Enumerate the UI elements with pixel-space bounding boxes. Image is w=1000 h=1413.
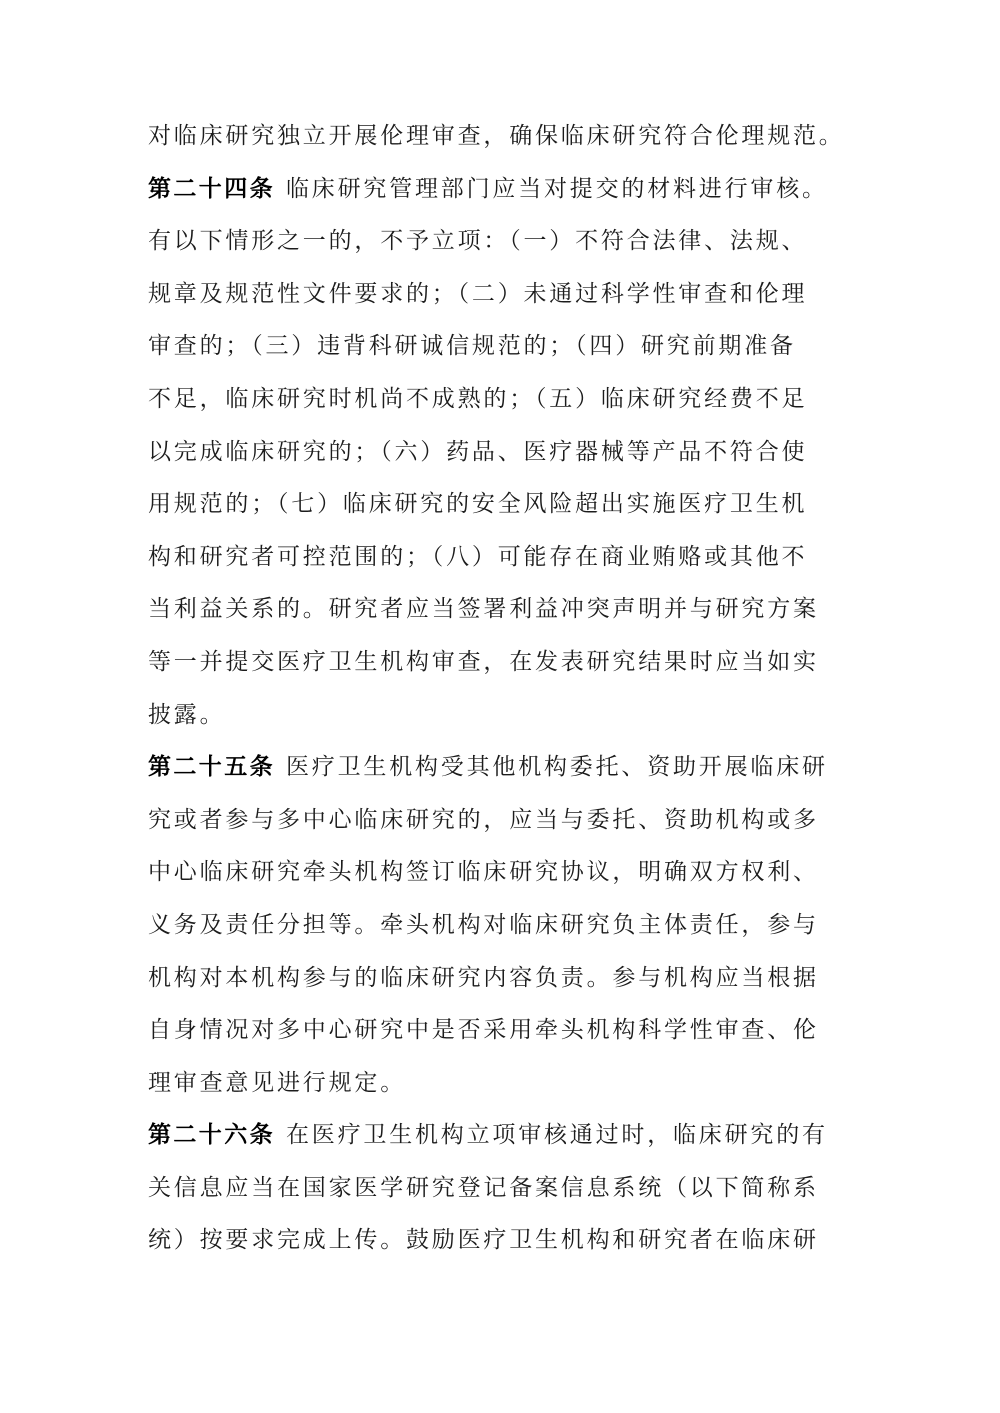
- text-line: 关信息应当在国家医学研究登记备案信息系统（以下简称系: [148, 1162, 888, 1215]
- text-line-body: 审查的；（三）违背科研诚信规范的；（四）研究前期准备: [148, 333, 796, 358]
- text-line-body: 义务及责任分担等。牵头机构对临床研究负主体责任，参与: [148, 912, 819, 937]
- text-line: 等一并提交医疗卫生机构审查，在发表研究结果时应当如实: [148, 636, 888, 689]
- text-line-body: 统）按要求完成上传。鼓励医疗卫生机构和研究者在临床研: [148, 1227, 819, 1252]
- document-page: 对临床研究独立开展伦理审查，确保临床研究符合伦理规范。 第二十四条临床研究管理部…: [0, 0, 1000, 1413]
- text-line-body: 规章及规范性文件要求的；（二）未通过科学性审查和伦理: [148, 281, 807, 306]
- text-line-body: 临床研究管理部门应当对提交的材料进行审核。: [286, 176, 828, 201]
- text-line-body: 理审查意见进行规定。: [148, 1070, 406, 1095]
- text-line-body: 不足，临床研究时机尚不成熟的；（五）临床研究经费不足: [148, 386, 807, 411]
- text-line-body: 构和研究者可控范围的；（八）可能存在商业贿赂或其他不: [148, 544, 807, 569]
- text-line-body: 披露。: [148, 702, 225, 727]
- text-line-body: 究或者参与多中心临床研究的，应当与委托、资助机构或多: [148, 807, 819, 832]
- text-line-body: 关信息应当在国家医学研究登记备案信息系统（以下简称系: [148, 1175, 819, 1200]
- text-line-body: 机构对本机构参与的临床研究内容负责。参与机构应当根据: [148, 965, 819, 990]
- text-line-body: 自身情况对多中心研究中是否采用牵头机构科学性审查、伦: [148, 1017, 819, 1042]
- text-line: 披露。: [148, 689, 888, 742]
- text-line-article-26: 第二十六条在医疗卫生机构立项审核通过时，临床研究的有: [148, 1109, 888, 1162]
- text-line: 机构对本机构参与的临床研究内容负责。参与机构应当根据: [148, 952, 888, 1005]
- article-number: 第二十四条: [148, 176, 275, 201]
- text-line-body: 以完成临床研究的；（六）药品、医疗器械等产品不符合使: [148, 439, 807, 464]
- document-text-block: 对临床研究独立开展伦理审查，确保临床研究符合伦理规范。 第二十四条临床研究管理部…: [148, 110, 888, 1267]
- text-line: 规章及规范性文件要求的；（二）未通过科学性审查和伦理: [148, 268, 888, 321]
- text-line: 审查的；（三）违背科研诚信规范的；（四）研究前期准备: [148, 320, 888, 373]
- text-line-body: 有以下情形之一的，不予立项：（一）不符合法律、法规、: [148, 228, 807, 253]
- text-line: 究或者参与多中心临床研究的，应当与委托、资助机构或多: [148, 794, 888, 847]
- text-line: 不足，临床研究时机尚不成熟的；（五）临床研究经费不足: [148, 373, 888, 426]
- text-line-body: 当利益关系的。研究者应当签署利益冲突声明并与研究方案: [148, 596, 819, 621]
- text-line-article-24: 第二十四条临床研究管理部门应当对提交的材料进行审核。: [148, 163, 888, 216]
- article-number: 第二十五条: [148, 754, 275, 779]
- text-line: 用规范的；（七）临床研究的安全风险超出实施医疗卫生机: [148, 478, 888, 531]
- text-line-body: 用规范的；（七）临床研究的安全风险超出实施医疗卫生机: [148, 491, 807, 516]
- text-line: 当利益关系的。研究者应当签署利益冲突声明并与研究方案: [148, 583, 888, 636]
- text-line-body: 医疗卫生机构受其他机构委托、资助开展临床研: [286, 754, 828, 779]
- text-line: 构和研究者可控范围的；（八）可能存在商业贿赂或其他不: [148, 531, 888, 584]
- text-line-article-25: 第二十五条医疗卫生机构受其他机构委托、资助开展临床研: [148, 741, 888, 794]
- text-line: 有以下情形之一的，不予立项：（一）不符合法律、法规、: [148, 215, 888, 268]
- text-line: 统）按要求完成上传。鼓励医疗卫生机构和研究者在临床研: [148, 1214, 888, 1267]
- text-line: 中心临床研究牵头机构签订临床研究协议，明确双方权利、: [148, 846, 888, 899]
- text-line-body: 等一并提交医疗卫生机构审查，在发表研究结果时应当如实: [148, 649, 819, 674]
- text-line: 自身情况对多中心研究中是否采用牵头机构科学性审查、伦: [148, 1004, 888, 1057]
- text-line-body: 中心临床研究牵头机构签订临床研究协议，明确双方权利、: [148, 859, 819, 884]
- text-line: 以完成临床研究的；（六）药品、医疗器械等产品不符合使: [148, 426, 888, 479]
- text-line-body: 对临床研究独立开展伦理审查，确保临床研究符合伦理规范。: [148, 123, 845, 148]
- text-line: 对临床研究独立开展伦理审查，确保临床研究符合伦理规范。: [148, 110, 888, 163]
- article-number: 第二十六条: [148, 1122, 275, 1147]
- text-line: 理审查意见进行规定。: [148, 1057, 888, 1110]
- text-line-body: 在医疗卫生机构立项审核通过时，临床研究的有: [286, 1122, 828, 1147]
- text-line: 义务及责任分担等。牵头机构对临床研究负主体责任，参与: [148, 899, 888, 952]
